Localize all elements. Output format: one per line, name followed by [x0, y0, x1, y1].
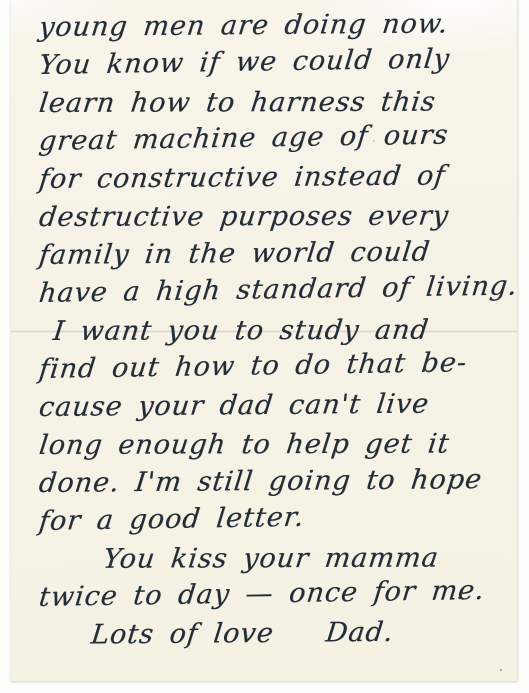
letter-line: destructive purposes every — [37, 196, 522, 236]
letter-line: for a good letter. — [37, 494, 522, 540]
letter-line: find out how to do that be- — [37, 342, 522, 388]
closing-phrase: Lots of love — [89, 618, 275, 651]
letter-closing-line: Lots of loveDad. — [37, 612, 522, 654]
letter-paper: young men are doing now. You know if we … — [11, 0, 517, 681]
letter-line: great machine age of ours — [37, 114, 522, 160]
ink-speck — [500, 669, 502, 671]
scanned-letter: young men are doing now. You know if we … — [0, 0, 529, 693]
letter-line: You know if we could only — [37, 38, 522, 84]
letter-line: have a high standard of living. — [37, 266, 522, 312]
letter-line: long enough to help get it — [37, 424, 522, 464]
signature: Dad. — [324, 617, 395, 649]
letter-line: twice to day — once for me. — [37, 570, 522, 616]
letter-line: cause your dad can't live — [37, 384, 522, 426]
letter-line: for constructive instead of — [37, 156, 522, 198]
letter-body: young men are doing now. You know if we … — [37, 8, 517, 654]
